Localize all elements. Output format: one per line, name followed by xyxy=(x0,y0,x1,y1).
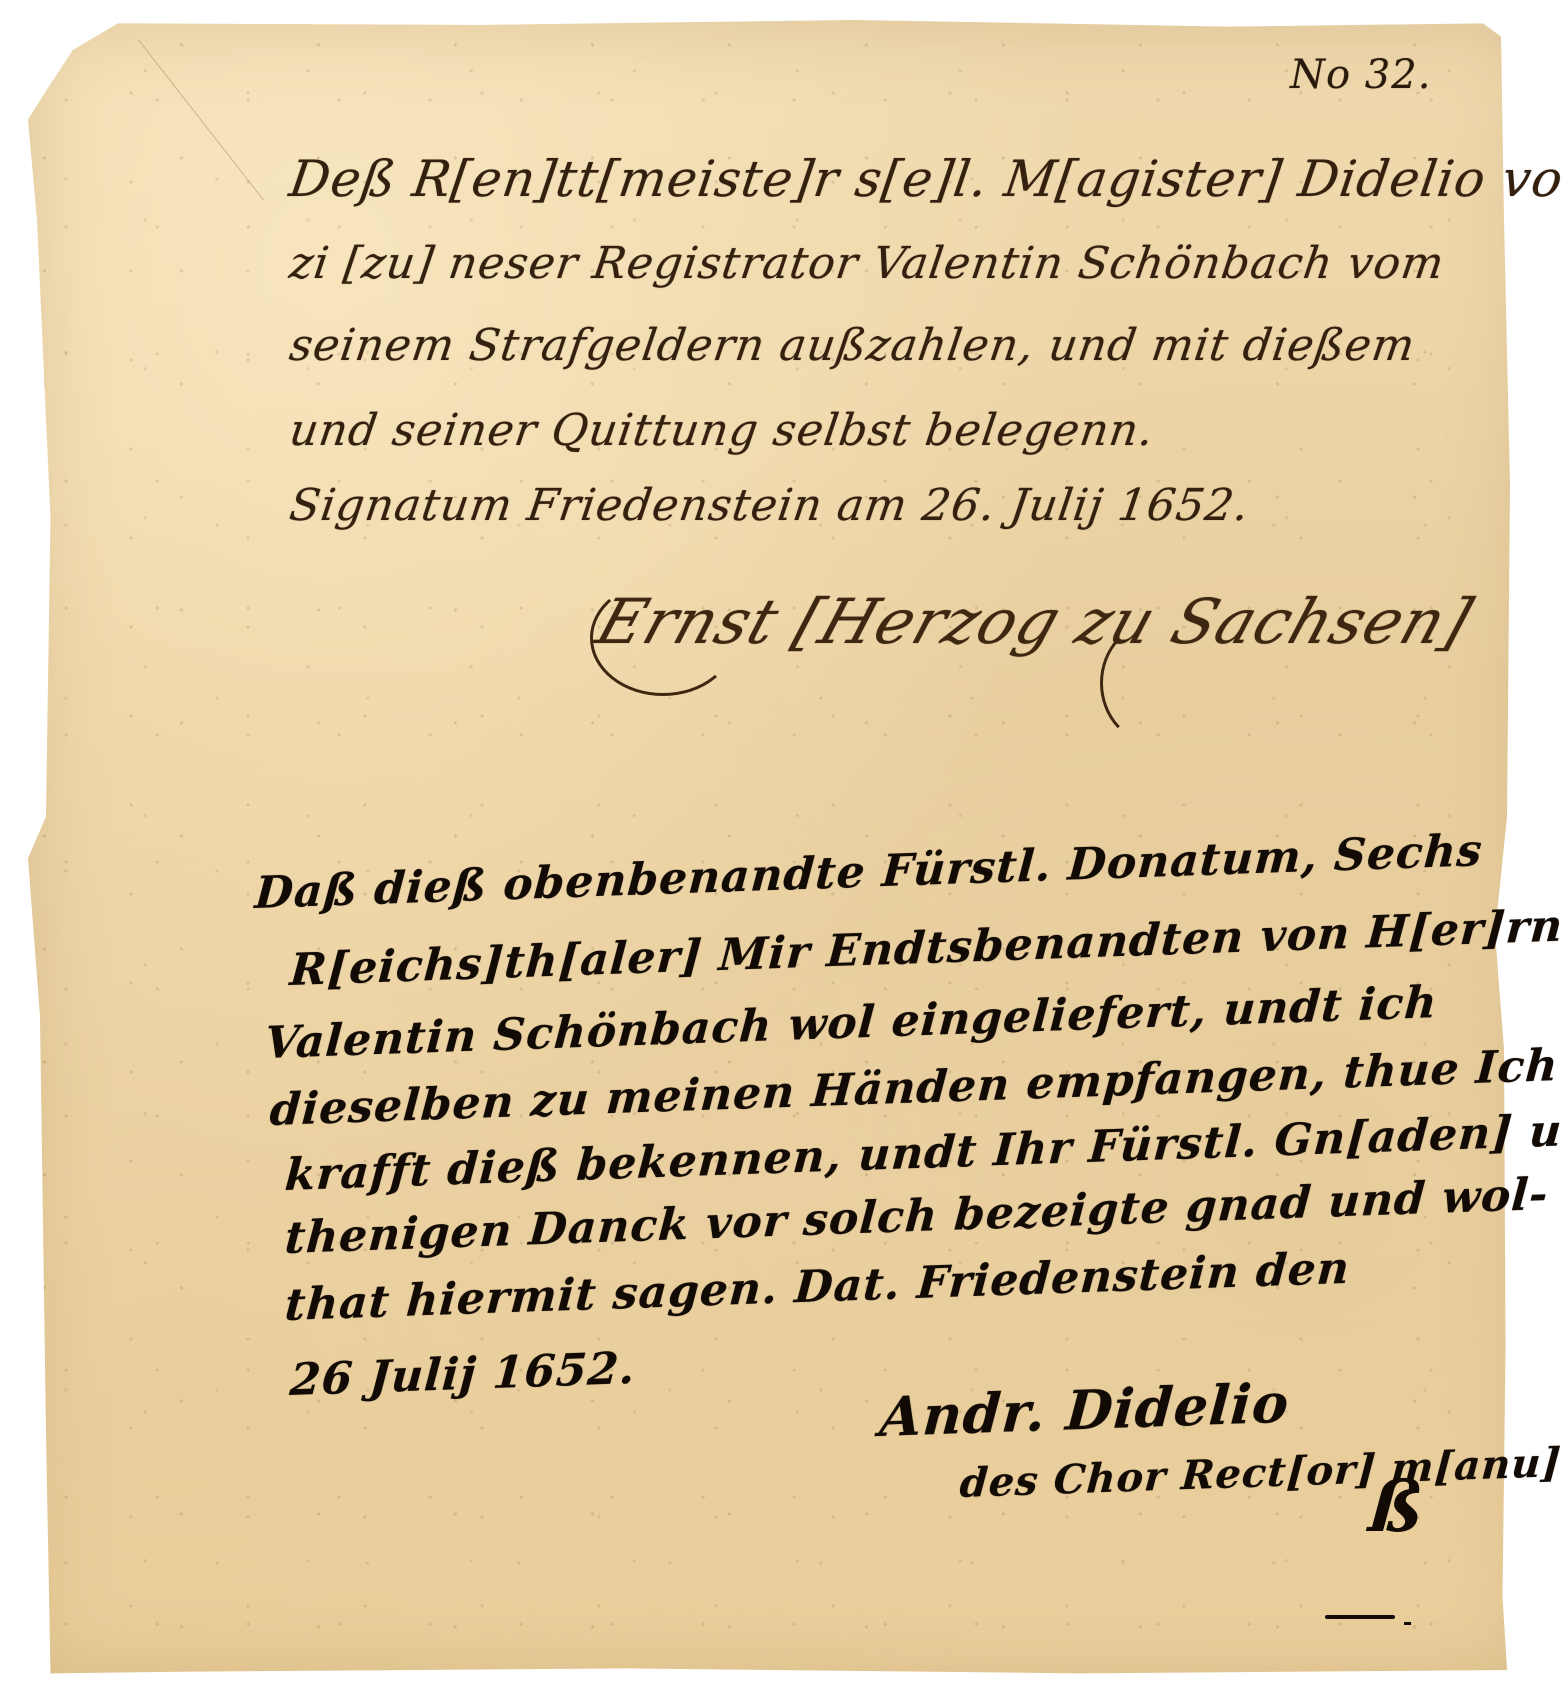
document-number: No 32. xyxy=(1290,52,1431,98)
signature-flourish xyxy=(590,580,736,696)
paraph-dot xyxy=(1404,1622,1411,1625)
upper-line-3: seinem Strafgeldern außzahlen, und mit d… xyxy=(286,320,1418,371)
paraph-underline xyxy=(1325,1615,1395,1619)
upper-line-5-date: Signatum Friedenstein am 26. Julij 1652. xyxy=(286,480,1252,531)
upper-line-1: Deß R[en]tt[meiste]r s[e]l. M[agister] D… xyxy=(286,150,1561,208)
upper-line-4: und seiner Quittung selbst belegenn. xyxy=(286,405,1157,456)
upper-line-2: zi [zu] neser Registrator Valentin Schön… xyxy=(286,238,1447,289)
signature-flourish-tail xyxy=(1100,620,1216,746)
